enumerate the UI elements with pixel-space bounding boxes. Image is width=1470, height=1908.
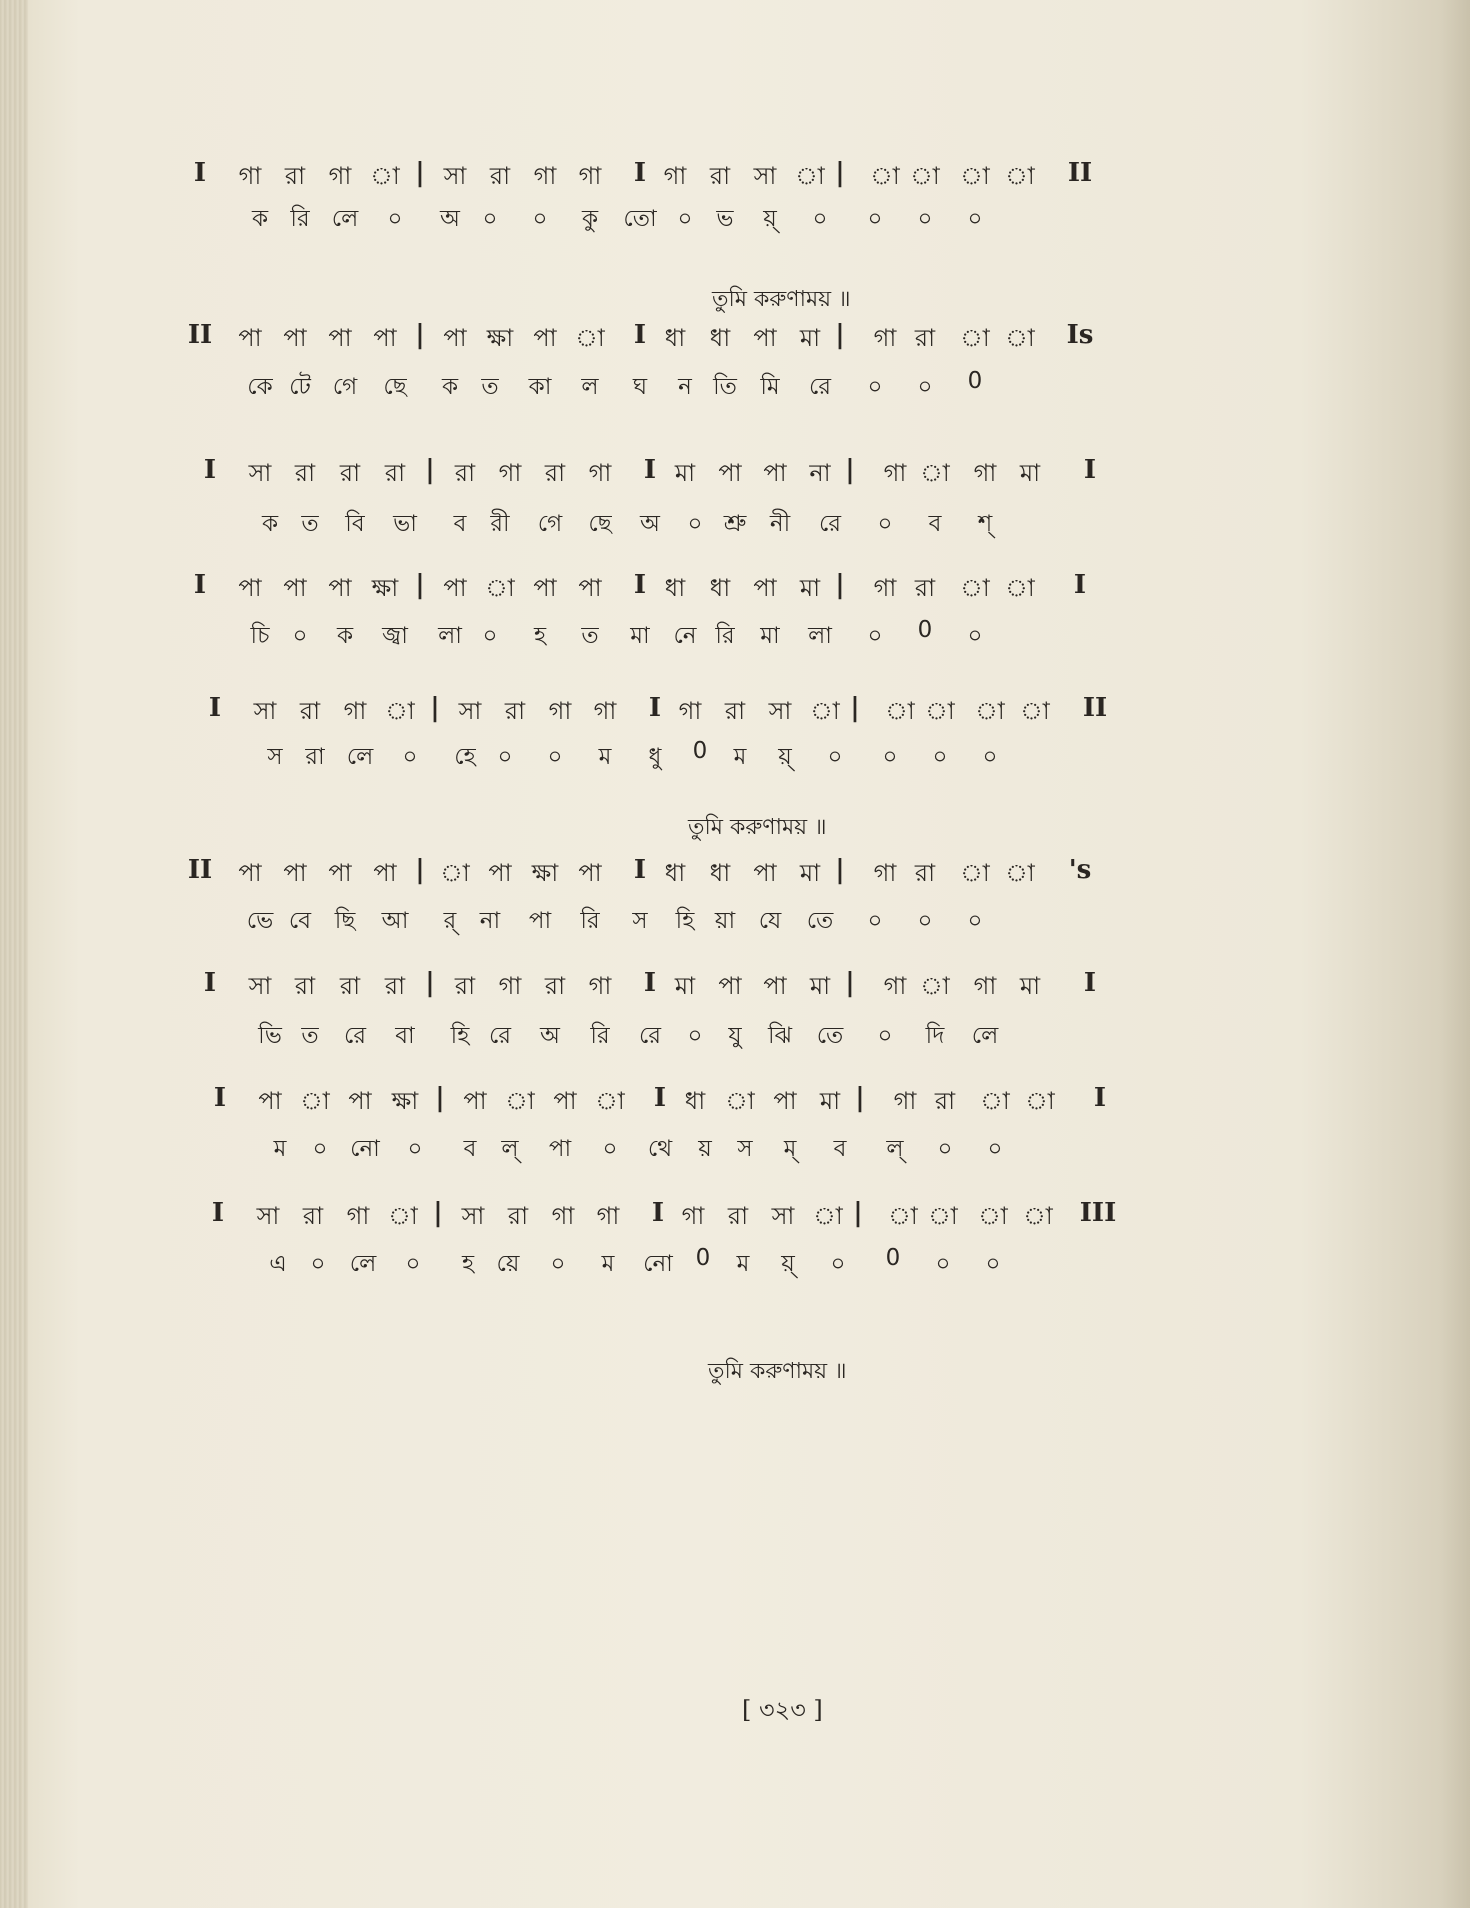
lyric-syllable: আ xyxy=(365,902,425,941)
lyric-syllable: ০ xyxy=(385,1130,445,1169)
refrain-label-3: তুমি করুণাময় ॥ xyxy=(708,1354,847,1391)
lyric-syllable: রে xyxy=(790,368,850,407)
bar-line: III xyxy=(1068,1198,1128,1228)
scanned-page: Iগারাগাা|সারাগাগাIগারাসাা|াাাাIIকরিলে০অ০… xyxy=(0,0,1470,1908)
note: া xyxy=(1010,1083,1070,1123)
bar-line: II xyxy=(1050,158,1110,188)
lyric-syllable: ০ xyxy=(380,738,440,777)
note: া xyxy=(1005,693,1065,733)
lyric-syllable: ব xyxy=(810,1130,870,1169)
page-number: [ ৩২৩ ] xyxy=(742,1692,823,1732)
note: া xyxy=(990,570,1050,610)
bar-line: I xyxy=(1060,968,1120,998)
note: মা xyxy=(1000,968,1060,1008)
lyric-syllable: 0 xyxy=(945,368,1005,394)
refrain-label-2: তুমি করুণাময় ॥ xyxy=(688,810,827,847)
lyric-syllable: রে xyxy=(800,505,860,544)
bar-line: I xyxy=(1070,1083,1130,1113)
bar-line: II xyxy=(1065,693,1125,723)
note: া xyxy=(990,320,1050,360)
lyric-syllable: ০ xyxy=(965,1130,1025,1169)
lyric-syllable: ০ xyxy=(945,617,1005,656)
lyric-syllable: ০ xyxy=(790,200,850,239)
note: া xyxy=(1008,1198,1068,1238)
lyric-syllable: তে xyxy=(800,1017,860,1056)
lyric-syllable: জ্বা xyxy=(365,617,425,656)
lyric-syllable: ০ xyxy=(808,1245,868,1284)
lyric-syllable: ভা xyxy=(375,505,435,544)
lyric-syllable: ০ xyxy=(960,738,1020,777)
bar-line: I xyxy=(1060,455,1120,485)
lyric-syllable: ০ xyxy=(805,738,865,777)
note: া xyxy=(990,855,1050,895)
bar-line: Is xyxy=(1050,320,1110,350)
lyric-syllable: ০ xyxy=(945,200,1005,239)
lyric-syllable: লা xyxy=(790,617,850,656)
bar-line: 's xyxy=(1050,855,1110,885)
note: মা xyxy=(1000,455,1060,495)
lyric-syllable: শ্ xyxy=(955,505,1015,544)
lyric-syllable: ০ xyxy=(383,1245,443,1284)
lyric-syllable: লে xyxy=(955,1017,1015,1056)
refrain-label-1: তুমি করুণাময় ॥ xyxy=(712,282,851,319)
note: া xyxy=(990,158,1050,198)
lyric-syllable: তে xyxy=(790,902,850,941)
lyric-syllable: ০ xyxy=(945,902,1005,941)
page-edge xyxy=(0,0,28,1908)
bar-line: I xyxy=(1050,570,1110,600)
lyric-syllable: ০ xyxy=(963,1245,1023,1284)
lyric-syllable: বা xyxy=(375,1017,435,1056)
lyric-syllable: ছে xyxy=(365,368,425,407)
lyric-syllable: ০ xyxy=(365,200,425,239)
